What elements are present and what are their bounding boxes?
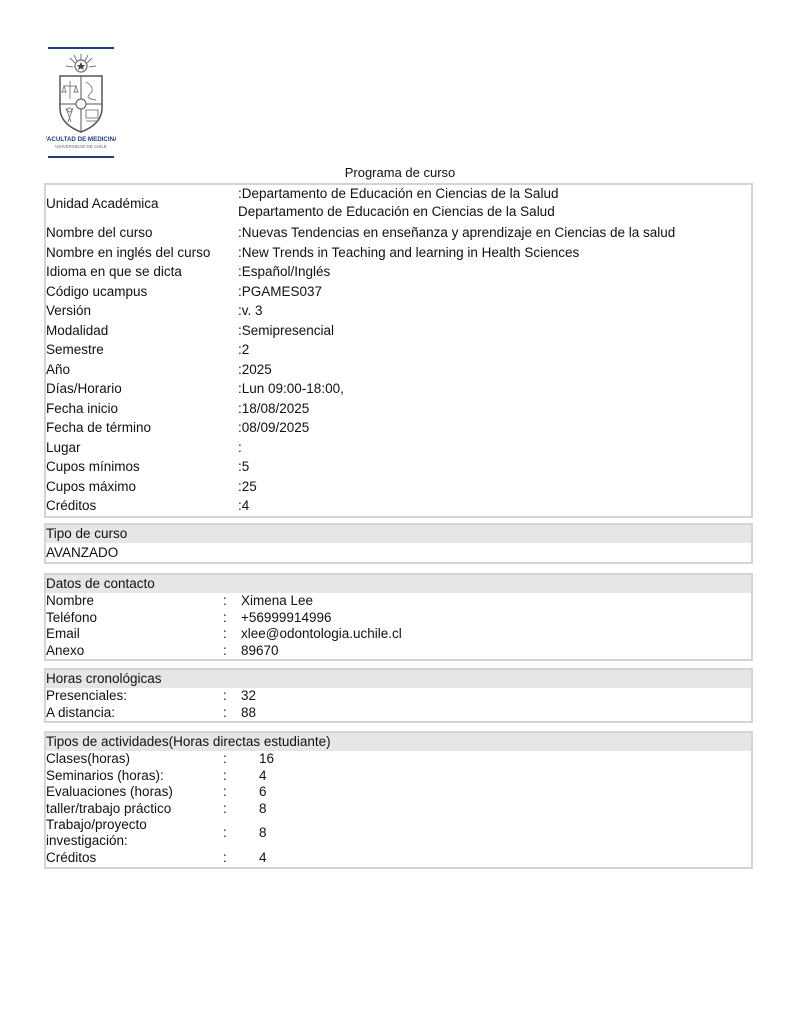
table-row: Fecha inicio:18/08/2025 — [46, 399, 751, 419]
field-value: :New Trends in Teaching and learning in … — [238, 243, 579, 263]
separator: : — [223, 643, 227, 660]
contact-email: xlee@odontologia.uchile.cl — [241, 626, 402, 643]
field-label: A distancia: — [46, 705, 115, 722]
field-value: 8 — [259, 825, 267, 842]
table-row: Fecha de término:08/09/2025 — [46, 418, 751, 438]
field-value: :Español/Inglés — [238, 262, 330, 282]
table-row: Cupos máximo:25 — [46, 477, 751, 497]
field-value: 88 — [241, 705, 256, 722]
field-label: Idioma en que se dicta — [46, 262, 182, 282]
field-label: Nombre en inglés del curso — [46, 243, 210, 263]
field-label: Trabajo/proyecto investigación: — [46, 817, 196, 848]
activity-row: taller/trabajo práctico:8 — [46, 801, 751, 818]
separator: : — [223, 626, 227, 643]
activity-row: Evaluaciones (horas):6 — [46, 784, 751, 801]
field-label: Créditos — [46, 496, 96, 516]
contact-section: Datos de contacto Nombre:Ximena Lee Telé… — [44, 573, 753, 661]
field-value: :Semipresencial — [238, 321, 334, 341]
page-title: Programa de curso — [0, 165, 800, 180]
field-value: :2025 — [238, 360, 272, 380]
field-label: Créditos — [46, 850, 96, 867]
field-label: Fecha de término — [46, 418, 151, 438]
table-row: Semestre:2 — [46, 340, 751, 360]
field-value: 16 — [259, 751, 274, 768]
course-type-value: AVANZADO — [46, 543, 751, 562]
table-row: Nombre del curso:Nuevas Tendencias en en… — [46, 223, 751, 243]
separator: : — [223, 850, 227, 867]
field-value: :Lun 09:00-18:00, — [238, 379, 344, 399]
table-row: Versión:v. 3 — [46, 301, 751, 321]
table-row: Año:2025 — [46, 360, 751, 380]
separator: : — [223, 768, 227, 785]
separator: : — [223, 751, 227, 768]
activity-row: Clases(horas):16 — [46, 751, 751, 768]
field-value: :2 — [238, 340, 249, 360]
contact-row: Teléfono:+56999914996 — [46, 610, 751, 627]
section-header: Tipo de curso — [46, 525, 751, 543]
table-row: Días/Horario:Lun 09:00-18:00, — [46, 379, 751, 399]
table-row: Lugar: — [46, 438, 751, 458]
course-type-section: Tipo de curso AVANZADO — [44, 523, 753, 564]
activity-row: Créditos:4 — [46, 850, 751, 867]
field-label: taller/trabajo práctico — [46, 801, 171, 818]
field-label: Fecha inicio — [46, 399, 118, 419]
field-label: Teléfono — [46, 610, 97, 627]
contact-row: Nombre:Ximena Lee — [46, 593, 751, 610]
field-label: Nombre — [46, 593, 94, 610]
field-label: Clases(horas) — [46, 751, 130, 768]
separator: : — [223, 593, 227, 610]
field-label: Código ucampus — [46, 282, 147, 302]
field-value: 32 — [241, 688, 256, 705]
field-value: :4 — [238, 496, 249, 516]
hours-section: Horas cronológicas Presenciales::32 A di… — [44, 668, 753, 723]
hours-row: Presenciales::32 — [46, 688, 751, 705]
table-row: Código ucampus:PGAMES037 — [46, 282, 751, 302]
field-value: :Departamento de Educación en Ciencias d… — [238, 185, 558, 221]
svg-text:UNIVERSIDAD DE CHILE: UNIVERSIDAD DE CHILE — [55, 144, 107, 149]
field-label: Email — [46, 626, 80, 643]
table-row: Idioma en que se dicta:Español/Inglés — [46, 262, 751, 282]
course-info-table: Unidad Académica :Departamento de Educac… — [44, 183, 753, 518]
field-label: Días/Horario — [46, 379, 122, 399]
activity-row: Trabajo/proyecto investigación::8 — [46, 817, 751, 850]
section-header: Horas cronológicas — [46, 670, 751, 688]
field-label: Anexo — [46, 643, 84, 660]
field-label: Nombre del curso — [46, 223, 153, 243]
separator: : — [223, 705, 227, 722]
separator: : — [223, 825, 227, 842]
field-label: Año — [46, 360, 70, 380]
separator: : — [223, 801, 227, 818]
field-value: :08/09/2025 — [238, 418, 309, 438]
table-row: Créditos:4 — [46, 496, 751, 516]
field-label: Presenciales: — [46, 688, 127, 705]
field-label: Unidad Académica — [46, 194, 159, 214]
field-value: :Nuevas Tendencias en enseñanza y aprend… — [238, 223, 675, 243]
activity-row: Seminarios (horas)::4 — [46, 768, 751, 785]
contact-row: Email:xlee@odontologia.uchile.cl — [46, 626, 751, 643]
field-label: Semestre — [46, 340, 104, 360]
field-value: :25 — [238, 477, 257, 497]
faculty-logo: FACULTAD DE MEDICINA UNIVERSIDAD DE CHIL… — [46, 46, 116, 160]
field-value: 4 — [259, 850, 267, 867]
field-value-line2: Departamento de Educación en Ciencias de… — [238, 204, 555, 219]
coat-of-arms-icon: FACULTAD DE MEDICINA UNIVERSIDAD DE CHIL… — [46, 46, 116, 160]
field-value: 4 — [259, 768, 267, 785]
field-label: Cupos mínimos — [46, 457, 140, 477]
separator: : — [223, 784, 227, 801]
contact-phone: +56999914996 — [241, 610, 331, 627]
field-value: 8 — [259, 801, 267, 818]
table-row: Unidad Académica :Departamento de Educac… — [46, 185, 751, 223]
field-value: 6 — [259, 784, 267, 801]
contact-extension: 89670 — [241, 643, 279, 660]
table-row: Modalidad:Semipresencial — [46, 321, 751, 341]
field-value: :18/08/2025 — [238, 399, 309, 419]
separator: : — [223, 610, 227, 627]
separator: : — [223, 688, 227, 705]
contact-row: Anexo:89670 — [46, 643, 751, 660]
svg-text:FACULTAD DE MEDICINA: FACULTAD DE MEDICINA — [46, 136, 116, 143]
section-header: Datos de contacto — [46, 575, 751, 593]
contact-name: Ximena Lee — [241, 593, 313, 610]
field-value: :5 — [238, 457, 249, 477]
field-label: Lugar — [46, 438, 81, 458]
field-label: Cupos máximo — [46, 477, 136, 497]
field-label: Modalidad — [46, 321, 108, 341]
table-row: Cupos mínimos:5 — [46, 457, 751, 477]
section-header: Tipos de actividades(Horas directas estu… — [46, 733, 751, 751]
table-row: Nombre en inglés del curso:New Trends in… — [46, 243, 751, 263]
field-value-line1: :Departamento de Educación en Ciencias d… — [238, 186, 558, 201]
field-value: :PGAMES037 — [238, 282, 322, 302]
hours-row: A distancia::88 — [46, 705, 751, 722]
field-value: :v. 3 — [238, 301, 263, 321]
field-value: : — [238, 438, 242, 458]
field-label: Seminarios (horas): — [46, 768, 164, 785]
activities-section: Tipos de actividades(Horas directas estu… — [44, 731, 753, 869]
field-label: Versión — [46, 301, 91, 321]
field-label: Evaluaciones (horas) — [46, 784, 173, 801]
